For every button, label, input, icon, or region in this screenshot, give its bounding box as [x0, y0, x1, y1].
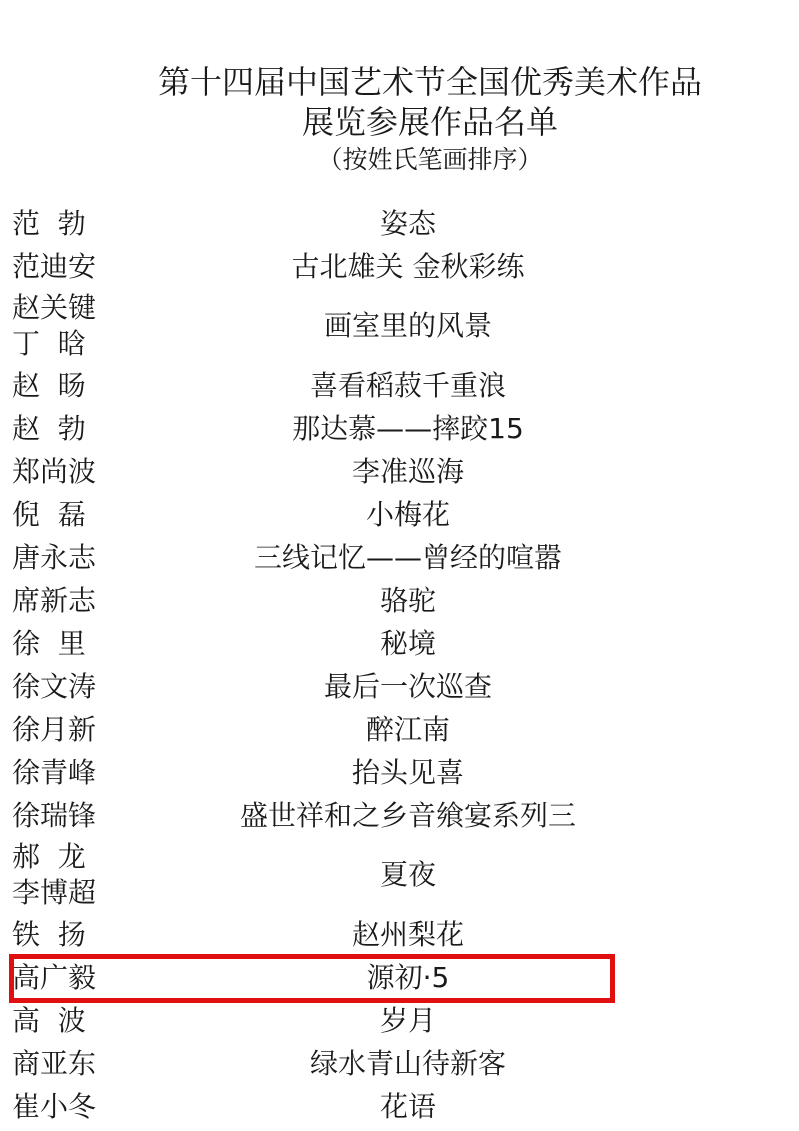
artist-name: 高广毅 [12, 960, 105, 996]
sort-note: （按姓氏笔画排序） [0, 144, 799, 176]
list-item: 赵 旸 喜看稻菽千重浪 [0, 364, 799, 407]
list-item: 徐月新 醉江南 [0, 708, 799, 751]
artist-name: 铁 扬 [12, 917, 105, 953]
list-item: 崔小冬 花语 [0, 1085, 799, 1128]
work-title: 盛世祥和之乡音飨宴系列三 [108, 798, 708, 834]
artist-name: 范 勃 [12, 206, 105, 242]
work-title: 三线记忆——曾经的喧嚣 [108, 540, 708, 576]
list-item: 商亚东 绿水青山待新客 [0, 1042, 799, 1085]
work-title: 花语 [108, 1089, 708, 1125]
work-title: 骆驼 [108, 583, 708, 619]
list-item: 徐 里 秘境 [0, 622, 799, 665]
artist-name: 赵 勃 [12, 411, 105, 447]
artist-name: 倪 磊 [12, 497, 105, 533]
work-title: 姿态 [108, 206, 708, 242]
list-item: 席新志 骆驼 [0, 579, 799, 622]
title-line-1: 第十四届中国艺术节全国优秀美术作品 [0, 62, 799, 102]
artist-name: 席新志 [12, 583, 105, 619]
artist-name: 丁 晗 [12, 326, 105, 362]
list-item: 范迪安 古北雄关 金秋彩练 [0, 245, 799, 288]
artist-name: 范迪安 [12, 249, 105, 285]
work-title: 画室里的风景 [108, 308, 708, 344]
list-item: 郝 龙 李博超 夏夜 [0, 837, 799, 913]
title-line-2: 展览参展作品名单 [0, 102, 799, 142]
artist-name: 郝 龙 [12, 839, 105, 875]
document-header: 第十四届中国艺术节全国优秀美术作品 展览参展作品名单 （按姓氏笔画排序） [0, 62, 799, 176]
artist-name: 李博超 [12, 875, 105, 911]
list-item: 铁 扬 赵州梨花 [0, 913, 799, 956]
artist-name: 徐月新 [12, 712, 105, 748]
work-title: 醉江南 [108, 712, 708, 748]
artist-name: 郑尚波 [12, 454, 105, 490]
list-item: 倪 磊 小梅花 [0, 493, 799, 536]
list-item: 赵关键 丁 晗 画室里的风景 [0, 288, 799, 364]
list-item: 徐青峰 抬头见喜 [0, 751, 799, 794]
work-title: 小梅花 [108, 497, 708, 533]
work-title: 赵州梨花 [108, 917, 708, 953]
entry-list: 范 勃 姿态 范迪安 古北雄关 金秋彩练 赵关键 丁 晗 画室里的风景 赵 旸 … [0, 202, 799, 1128]
list-item: 郑尚波 李准巡海 [0, 450, 799, 493]
list-item: 唐永志 三线记忆——曾经的喧嚣 [0, 536, 799, 579]
work-title: 喜看稻菽千重浪 [108, 368, 708, 404]
work-title: 抬头见喜 [108, 755, 708, 791]
artist-name: 高 波 [12, 1003, 105, 1039]
work-title: 夏夜 [108, 857, 708, 893]
list-item: 徐文涛 最后一次巡查 [0, 665, 799, 708]
work-title: 绿水青山待新客 [108, 1046, 708, 1082]
work-title: 最后一次巡查 [108, 669, 708, 705]
artist-name: 徐瑞锋 [12, 798, 105, 834]
artist-name: 徐文涛 [12, 669, 105, 705]
list-item-highlighted: 高广毅 源初·5 [0, 956, 799, 999]
list-item: 高 波 岁月 [0, 999, 799, 1042]
artist-name: 商亚东 [12, 1046, 105, 1082]
work-title: 秘境 [108, 626, 708, 662]
artist-name: 崔小冬 [12, 1089, 105, 1125]
artist-name: 徐 里 [12, 626, 105, 662]
work-title: 岁月 [108, 1003, 708, 1039]
list-item: 赵 勃 那达慕——摔跤15 [0, 407, 799, 450]
work-title: 源初·5 [108, 960, 708, 996]
work-title: 古北雄关 金秋彩练 [108, 249, 708, 285]
work-title: 那达慕——摔跤15 [108, 411, 708, 447]
artist-name: 赵关键 [12, 290, 105, 326]
list-item: 徐瑞锋 盛世祥和之乡音飨宴系列三 [0, 794, 799, 837]
artist-name: 唐永志 [12, 540, 105, 576]
artist-name: 徐青峰 [12, 755, 105, 791]
list-item: 范 勃 姿态 [0, 202, 799, 245]
artist-name: 赵 旸 [12, 368, 105, 404]
work-title: 李准巡海 [108, 454, 708, 490]
